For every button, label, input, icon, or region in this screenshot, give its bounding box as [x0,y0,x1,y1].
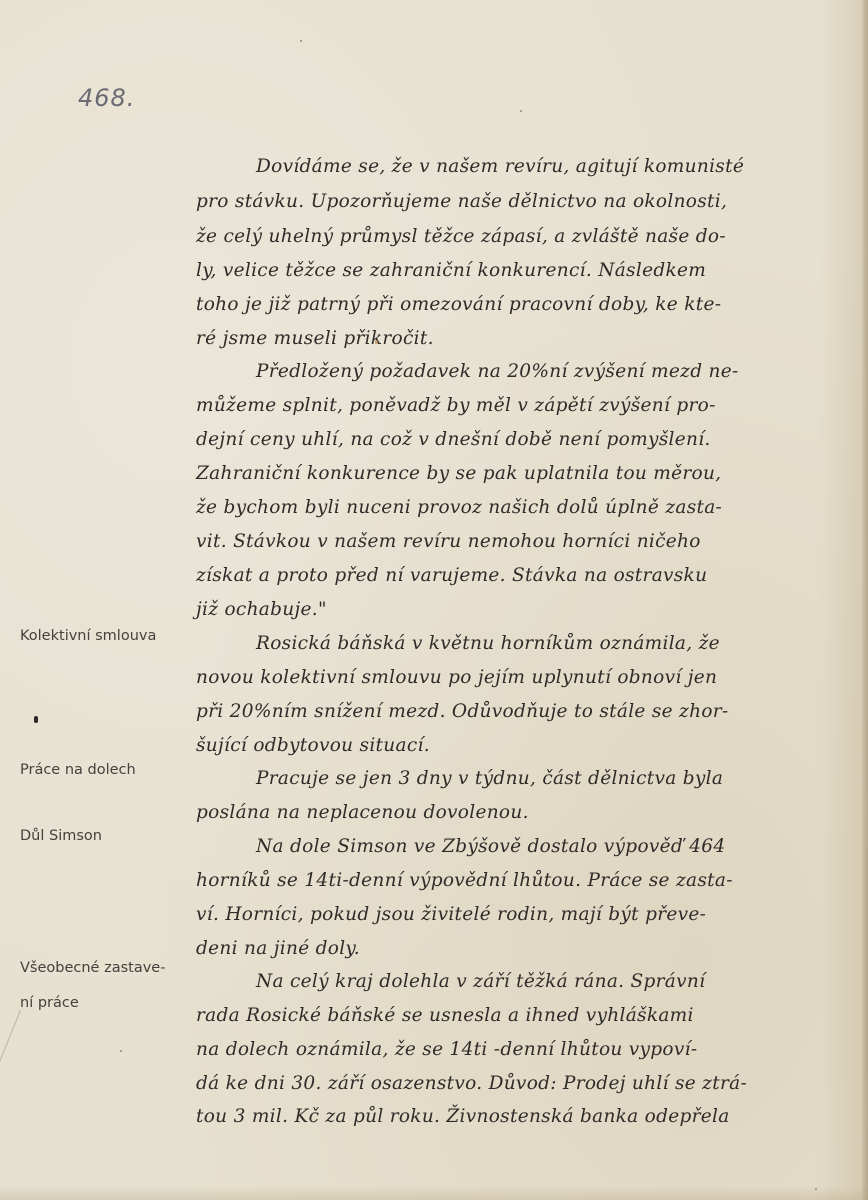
text-line: dá ke dni 30. září osazenstvo. Důvod: Pr… [196,1072,747,1096]
text-line: rada Rosické báňské se usnesla a ihned v… [196,1004,694,1028]
text-line: ví. Horníci, pokud jsou živitelé rodin, … [196,903,706,927]
text-line: dejní ceny uhlí, na což v dnešní době ne… [196,428,711,452]
text-line: šující odbytovou situací. [196,734,430,758]
page-number: 468. [78,84,135,112]
paper-speck [300,40,302,42]
text-line: při 20%ním snížení mezd. Odůvodňuje to s… [196,700,728,724]
text-line: získat a proto před ní varujeme. Stávka … [196,564,707,588]
margin-note-kolektivni-smlouva: Kolektivní smlouva [20,618,156,654]
text-line: Dovídáme se, že v našem revíru, agitují … [256,155,744,179]
text-line: horníků se 14ti-denní výpovědní lhůtou. … [196,869,733,893]
text-line: na dolech oznámila, že se 14ti -denní lh… [196,1038,697,1062]
text-line: vit. Stávkou v našem revíru nemohou horn… [196,530,701,554]
text-line: Předložený požadavek na 20%ní zvýšení me… [256,360,739,384]
paper-speck [520,110,522,112]
margin-note-dul-simson: Důl Simson [20,818,102,854]
text-line: můžeme splnit, poněvadž by měl v zápětí … [196,394,716,418]
paper-speck [120,1050,122,1052]
text-line: ly, velice těžce se zahraniční konkurenc… [196,259,706,283]
page-edge-shadow [862,0,868,1200]
text-line: novou kolektivní smlouvu po jejím uplynu… [196,666,717,690]
text-line: Rosická báňská v květnu horníkům oznámil… [256,632,720,656]
text-line: Pracuje se jen 3 dny v týdnu, část dělni… [256,767,723,791]
text-line: Na celý kraj dolehla v září těžká rána. … [256,970,705,994]
text-line: Na dole Simson ve Zbýšově dostalo výpově… [256,835,725,859]
margin-pencil-stroke [0,1010,21,1112]
ink-dot-mark [34,716,38,723]
text-line: že celý uhelný průmysl těžce zápasí, a z… [196,225,726,249]
page-bottom-shadow [0,1186,868,1200]
margin-note-prace-na-dolech: Práce na dolech [20,752,136,788]
text-line: již ochabuje." [196,598,327,622]
text-line: tou 3 mil. Kč za půl roku. Živnostenská … [196,1105,730,1129]
text-line: Zahraniční konkurence by se pak uplatnil… [196,462,721,486]
text-line: poslána na neplacenou dovolenou. [196,801,529,825]
paper-stain [375,340,378,344]
margin-note-vseobecne-zastaveni-1: Všeobecné zastave- [20,950,165,986]
margin-note-vseobecne-zastaveni-2: ní práce [20,985,79,1021]
text-line: deni na jiné doly. [196,937,360,961]
text-line: že bychom byli nuceni provoz našich dolů… [196,496,722,520]
paper-speck [815,1188,817,1190]
text-line: toho je již patrný při omezování pracovn… [196,293,721,317]
text-line: ré jsme museli přikročit. [196,327,434,351]
text-line: pro stávku. Upozorňujeme naše dělnictvo … [196,190,727,214]
